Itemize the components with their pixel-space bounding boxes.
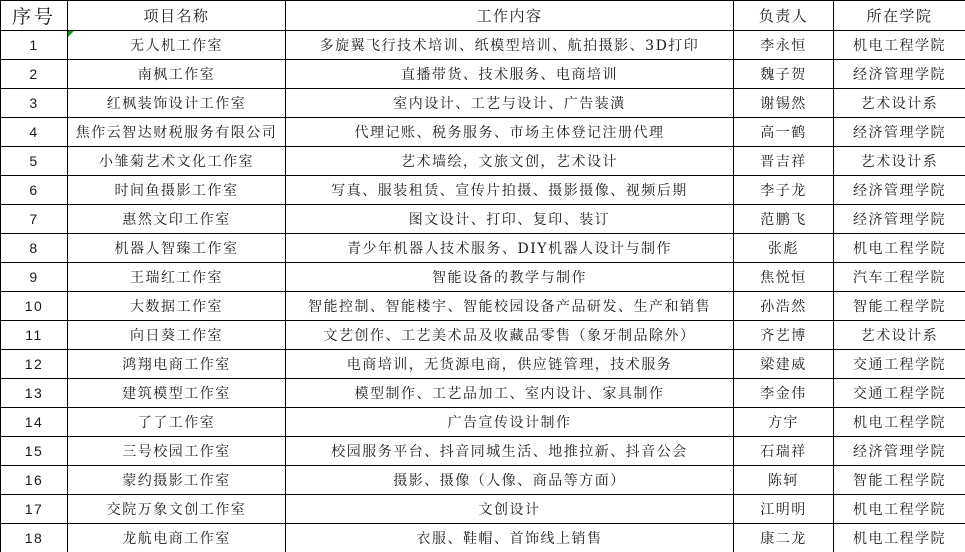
cell-work-content[interactable]: 文创设计 — [286, 495, 734, 524]
cell-person-in-charge[interactable]: 孙浩然 — [734, 292, 834, 321]
cell-project-name-text: 鸿翔电商工作室 — [122, 357, 231, 373]
cell-college-text: 经济管理学院 — [853, 212, 946, 228]
studio-table: 序号 项目名称 工作内容 负责人 所在学院 1无人机工作室多旋翼飞行技术培训、纸… — [0, 0, 965, 552]
cell-person-in-charge[interactable]: 李子龙 — [734, 176, 834, 205]
cell-project-name[interactable]: 焦作云智达财税服务有限公司 — [68, 118, 286, 147]
cell-person-in-charge-text: 梁建威 — [760, 357, 807, 373]
cell-college-text: 智能工程学院 — [853, 299, 946, 315]
table-row: 11向日葵工作室文艺创作、工艺美术品及收藏品零售（象牙制品除外）齐艺博艺术设计系 — [1, 321, 965, 350]
cell-college-text: 艺术设计系 — [861, 96, 939, 112]
cell-project-name-text: 王瑞红工作室 — [130, 270, 223, 286]
cell-college-text: 经济管理学院 — [853, 67, 946, 83]
cell-work-content-text: 电商培训，无货源电商，供应链管理，技术服务 — [347, 357, 673, 373]
cell-college[interactable]: 智能工程学院 — [834, 292, 965, 321]
cell-college[interactable]: 机电工程学院 — [834, 408, 965, 437]
header-person-in-charge[interactable]: 负责人 — [734, 1, 834, 31]
cell-project-name-text: 惠然文印工作室 — [122, 212, 231, 228]
table-row: 16蒙约摄影工作室摄影、摄像（人像、商品等方面）陈轲智能工程学院 — [1, 466, 965, 495]
cell-person-in-charge-text: 李子龙 — [760, 183, 807, 199]
cell-person-in-charge-text: 齐艺博 — [760, 328, 807, 344]
cell-work-content-text: 模型制作、工艺品加工、室内设计、家具制作 — [355, 386, 665, 402]
cell-work-content-text: 校园服务平台、抖音同城生活、地推拉新、抖音公会 — [331, 444, 688, 460]
cell-work-content-text: 摄影、摄像（人像、商品等方面） — [393, 473, 626, 489]
cell-person-in-charge[interactable]: 方宇 — [734, 408, 834, 437]
cell-seq[interactable]: 18 — [1, 524, 68, 552]
cell-project-name[interactable]: 机器人智臻工作室 — [68, 234, 286, 263]
cell-seq-text: 13 — [25, 385, 44, 401]
cell-work-content[interactable]: 多旋翼飞行技术培训、纸模型培训、航拍摄影、3D打印 — [286, 31, 734, 60]
table-row: 18龙航电商工作室衣服、鞋帽、首饰线上销售康二龙机电工程学院 — [1, 524, 965, 552]
cell-person-in-charge[interactable]: 石瑞祥 — [734, 437, 834, 466]
cell-work-content-text: 衣服、鞋帽、首饰线上销售 — [417, 531, 603, 547]
cell-work-content-text: 直播带货、技术服务、电商培训 — [401, 67, 618, 83]
cell-college[interactable]: 经济管理学院 — [834, 176, 965, 205]
cell-college[interactable]: 经济管理学院 — [834, 118, 965, 147]
cell-project-name-text: 蒙约摄影工作室 — [122, 473, 231, 489]
cell-college[interactable]: 经济管理学院 — [834, 60, 965, 89]
cell-person-in-charge-text: 李永恒 — [760, 38, 807, 54]
cell-person-in-charge-text: 高一鹤 — [760, 125, 807, 141]
table-row: 15三号校园工作室校园服务平台、抖音同城生活、地推拉新、抖音公会石瑞祥经济管理学… — [1, 437, 965, 466]
cell-seq-text: 10 — [25, 298, 44, 314]
cell-seq-text: 18 — [25, 530, 44, 546]
cell-college-text: 经济管理学院 — [853, 444, 946, 460]
cell-college[interactable]: 艺术设计系 — [834, 147, 965, 176]
cell-work-content[interactable]: 智能设备的教学与制作 — [286, 263, 734, 292]
cell-college-text: 艺术设计系 — [861, 154, 939, 170]
cell-work-content-text: 写真、服装租赁、宣传片拍摄、摄影摄像、视频后期 — [331, 183, 688, 199]
header-college[interactable]: 所在学院 — [834, 1, 965, 31]
cell-seq[interactable]: 8 — [1, 234, 68, 263]
cell-seq[interactable]: 3 — [1, 89, 68, 118]
cell-college-text: 机电工程学院 — [853, 531, 946, 547]
cell-work-content-text: 多旋翼飞行技术培训、纸模型培训、航拍摄影、3D打印 — [320, 38, 700, 54]
cell-work-content[interactable]: 模型制作、工艺品加工、室内设计、家具制作 — [286, 379, 734, 408]
cell-seq-text: 5 — [29, 153, 38, 169]
cell-work-content[interactable]: 青少年机器人技术服务、DIY机器人设计与制作 — [286, 234, 734, 263]
cell-project-name[interactable]: 王瑞红工作室 — [68, 263, 286, 292]
cell-seq[interactable]: 11 — [1, 321, 68, 350]
cell-seq[interactable]: 12 — [1, 350, 68, 379]
cell-seq-text: 14 — [25, 414, 44, 430]
cell-seq[interactable]: 14 — [1, 408, 68, 437]
cell-seq[interactable]: 15 — [1, 437, 68, 466]
cell-project-name[interactable]: 鸿翔电商工作室 — [68, 350, 286, 379]
cell-college-text: 汽车工程学院 — [853, 270, 946, 286]
cell-project-name[interactable]: 了了工作室 — [68, 408, 286, 437]
cell-work-content-text: 艺术墙绘，文旅文创，艺术设计 — [401, 154, 618, 170]
cell-project-name[interactable]: 向日葵工作室 — [68, 321, 286, 350]
cell-college[interactable]: 经济管理学院 — [834, 205, 965, 234]
cell-college[interactable]: 智能工程学院 — [834, 466, 965, 495]
cell-project-name-text: 无人机工作室 — [130, 38, 223, 54]
cell-person-in-charge[interactable]: 范鹏飞 — [734, 205, 834, 234]
header-project-name[interactable]: 项目名称 — [68, 1, 286, 31]
cell-work-content[interactable]: 直播带货、技术服务、电商培训 — [286, 60, 734, 89]
cell-seq[interactable]: 2 — [1, 60, 68, 89]
cell-work-content[interactable]: 电商培训，无货源电商，供应链管理，技术服务 — [286, 350, 734, 379]
cell-seq[interactable]: 5 — [1, 147, 68, 176]
table-body: 1无人机工作室多旋翼飞行技术培训、纸模型培训、航拍摄影、3D打印李永恒机电工程学… — [1, 31, 965, 552]
cell-project-name-text: 大数据工作室 — [130, 299, 223, 315]
table-row: 17交院万象文创工作室文创设计江明明机电工程学院 — [1, 495, 965, 524]
cell-work-content-text: 青少年机器人技术服务、DIY机器人设计与制作 — [347, 241, 672, 257]
cell-person-in-charge[interactable]: 康二龙 — [734, 524, 834, 552]
cell-work-content-text: 室内设计、工艺与设计、广告装潢 — [393, 96, 626, 112]
cell-seq[interactable]: 9 — [1, 263, 68, 292]
cell-seq[interactable]: 6 — [1, 176, 68, 205]
cell-college[interactable]: 汽车工程学院 — [834, 263, 965, 292]
cell-work-content-text: 智能设备的教学与制作 — [432, 270, 587, 286]
cell-seq-text: 15 — [25, 443, 44, 459]
cell-work-content-text: 代理记账、税务服务、市场主体登记注册代理 — [355, 125, 665, 141]
cell-seq[interactable]: 16 — [1, 466, 68, 495]
cell-seq-text: 3 — [29, 95, 38, 111]
cell-project-name[interactable]: 无人机工作室 — [68, 31, 286, 60]
cell-project-name-text: 机器人智臻工作室 — [115, 241, 239, 257]
cell-college[interactable]: 交通工程学院 — [834, 350, 965, 379]
cell-seq[interactable]: 7 — [1, 205, 68, 234]
cell-work-content-text: 智能控制、智能楼宇、智能校园设备产品研发、生产和销售 — [308, 299, 711, 315]
cell-college[interactable]: 机电工程学院 — [834, 524, 965, 552]
cell-seq[interactable]: 4 — [1, 118, 68, 147]
cell-work-content[interactable]: 广告宣传设计制作 — [286, 408, 734, 437]
cell-seq-text: 12 — [25, 356, 44, 372]
cell-project-name-text: 向日葵工作室 — [130, 328, 223, 344]
cell-work-content[interactable]: 摄影、摄像（人像、商品等方面） — [286, 466, 734, 495]
cell-work-content[interactable]: 文艺创作、工艺美术品及收藏品零售（象牙制品除外） — [286, 321, 734, 350]
cell-work-content-text: 文创设计 — [479, 502, 541, 518]
table-row: 9王瑞红工作室智能设备的教学与制作焦悦恒汽车工程学院 — [1, 263, 965, 292]
cell-project-name[interactable]: 时间鱼摄影工作室 — [68, 176, 286, 205]
cell-seq-text: 17 — [25, 501, 44, 517]
cell-seq[interactable]: 13 — [1, 379, 68, 408]
cell-work-content[interactable]: 写真、服装租赁、宣传片拍摄、摄影摄像、视频后期 — [286, 176, 734, 205]
table-row: 12鸿翔电商工作室电商培训，无货源电商，供应链管理，技术服务梁建威交通工程学院 — [1, 350, 965, 379]
table-row: 3红枫装饰设计工作室室内设计、工艺与设计、广告装潢谢锡然艺术设计系 — [1, 89, 965, 118]
cell-person-in-charge[interactable]: 焦悦恒 — [734, 263, 834, 292]
table-row: 2南枫工作室直播带货、技术服务、电商培训魏子贺经济管理学院 — [1, 60, 965, 89]
cell-college[interactable]: 艺术设计系 — [834, 321, 965, 350]
header-row: 序号 项目名称 工作内容 负责人 所在学院 — [1, 1, 965, 31]
cell-person-in-charge-text: 石瑞祥 — [760, 444, 807, 460]
cell-project-name-text: 焦作云智达财税服务有限公司 — [76, 125, 278, 141]
table-row: 13建筑模型工作室模型制作、工艺品加工、室内设计、家具制作李金伟交通工程学院 — [1, 379, 965, 408]
cell-work-content-text: 文艺创作、工艺美术品及收藏品零售（象牙制品除外） — [324, 328, 696, 344]
table-row: 1无人机工作室多旋翼飞行技术培训、纸模型培训、航拍摄影、3D打印李永恒机电工程学… — [1, 31, 965, 60]
cell-college[interactable]: 机电工程学院 — [834, 31, 965, 60]
cell-project-name[interactable]: 建筑模型工作室 — [68, 379, 286, 408]
cell-project-name[interactable]: 小雏菊艺术文化工作室 — [68, 147, 286, 176]
cell-work-content[interactable]: 图文设计、打印、复印、装订 — [286, 205, 734, 234]
cell-person-in-charge[interactable]: 晋吉祥 — [734, 147, 834, 176]
cell-seq-text: 4 — [29, 124, 38, 140]
cell-person-in-charge-text: 康二龙 — [760, 531, 807, 547]
cell-college-text: 机电工程学院 — [853, 38, 946, 54]
cell-project-name[interactable]: 交院万象文创工作室 — [68, 495, 286, 524]
cell-project-name[interactable]: 大数据工作室 — [68, 292, 286, 321]
cell-person-in-charge[interactable]: 张彪 — [734, 234, 834, 263]
table-row: 14了了工作室广告宣传设计制作方宇机电工程学院 — [1, 408, 965, 437]
cell-project-name-text: 交院万象文创工作室 — [107, 502, 247, 518]
cell-college[interactable]: 交通工程学院 — [834, 379, 965, 408]
cell-college-text: 机电工程学院 — [853, 415, 946, 431]
cell-seq-text: 7 — [29, 211, 38, 227]
table-row: 5小雏菊艺术文化工作室艺术墙绘，文旅文创，艺术设计晋吉祥艺术设计系 — [1, 147, 965, 176]
cell-seq-text: 1 — [29, 37, 38, 53]
cell-person-in-charge[interactable]: 齐艺博 — [734, 321, 834, 350]
cell-work-content-text: 广告宣传设计制作 — [448, 415, 572, 431]
cell-person-in-charge[interactable]: 魏子贺 — [734, 60, 834, 89]
cell-person-in-charge[interactable]: 梁建威 — [734, 350, 834, 379]
cell-project-name[interactable]: 惠然文印工作室 — [68, 205, 286, 234]
cell-college-text: 经济管理学院 — [853, 183, 946, 199]
cell-project-name[interactable]: 三号校园工作室 — [68, 437, 286, 466]
cell-project-name-text: 南枫工作室 — [138, 67, 216, 83]
cell-college-text: 交通工程学院 — [853, 386, 946, 402]
cell-seq[interactable]: 10 — [1, 292, 68, 321]
cell-college-text: 艺术设计系 — [861, 328, 939, 344]
cell-seq-text: 2 — [29, 66, 38, 82]
cell-work-content[interactable]: 校园服务平台、抖音同城生活、地推拉新、抖音公会 — [286, 437, 734, 466]
cell-person-in-charge[interactable]: 高一鹤 — [734, 118, 834, 147]
cell-college[interactable]: 艺术设计系 — [834, 89, 965, 118]
cell-person-in-charge[interactable]: 李金伟 — [734, 379, 834, 408]
cell-person-in-charge[interactable]: 江明明 — [734, 495, 834, 524]
cell-project-name-text: 红枫装饰设计工作室 — [107, 96, 247, 112]
cell-college-text: 机电工程学院 — [853, 241, 946, 257]
cell-project-name-text: 时间鱼摄影工作室 — [115, 183, 239, 199]
header-seq[interactable]: 序号 — [1, 1, 68, 31]
cell-person-in-charge[interactable]: 陈轲 — [734, 466, 834, 495]
comment-indicator-icon[interactable] — [68, 31, 74, 37]
cell-work-content-text: 图文设计、打印、复印、装订 — [409, 212, 611, 228]
cell-person-in-charge-text: 李金伟 — [760, 386, 807, 402]
cell-person-in-charge-text: 张彪 — [768, 241, 799, 257]
table-row: 8机器人智臻工作室青少年机器人技术服务、DIY机器人设计与制作张彪机电工程学院 — [1, 234, 965, 263]
cell-work-content[interactable]: 室内设计、工艺与设计、广告装潢 — [286, 89, 734, 118]
table-row: 10大数据工作室智能控制、智能楼宇、智能校园设备产品研发、生产和销售孙浩然智能工… — [1, 292, 965, 321]
cell-college[interactable]: 机电工程学院 — [834, 234, 965, 263]
cell-seq-text: 8 — [29, 240, 38, 256]
cell-college-text: 机电工程学院 — [853, 502, 946, 518]
table-row: 6时间鱼摄影工作室写真、服装租赁、宣传片拍摄、摄影摄像、视频后期李子龙经济管理学… — [1, 176, 965, 205]
cell-person-in-charge-text: 范鹏飞 — [760, 212, 807, 228]
cell-person-in-charge-text: 孙浩然 — [760, 299, 807, 315]
table-row: 7惠然文印工作室图文设计、打印、复印、装订范鹏飞经济管理学院 — [1, 205, 965, 234]
cell-person-in-charge-text: 方宇 — [768, 415, 799, 431]
cell-person-in-charge-text: 魏子贺 — [760, 67, 807, 83]
cell-project-name-text: 三号校园工作室 — [122, 444, 231, 460]
cell-person-in-charge-text: 晋吉祥 — [760, 154, 807, 170]
cell-work-content[interactable]: 智能控制、智能楼宇、智能校园设备产品研发、生产和销售 — [286, 292, 734, 321]
cell-seq-text: 16 — [25, 472, 44, 488]
cell-person-in-charge-text: 焦悦恒 — [760, 270, 807, 286]
cell-seq-text: 11 — [25, 327, 43, 343]
cell-seq[interactable]: 1 — [1, 31, 68, 60]
cell-project-name[interactable]: 红枫装饰设计工作室 — [68, 89, 286, 118]
cell-project-name-text: 了了工作室 — [138, 415, 216, 431]
cell-project-name[interactable]: 蒙约摄影工作室 — [68, 466, 286, 495]
cell-work-content[interactable]: 代理记账、税务服务、市场主体登记注册代理 — [286, 118, 734, 147]
cell-project-name-text: 建筑模型工作室 — [122, 386, 231, 402]
cell-person-in-charge[interactable]: 李永恒 — [734, 31, 834, 60]
cell-college[interactable]: 机电工程学院 — [834, 495, 965, 524]
cell-college-text: 交通工程学院 — [853, 357, 946, 373]
cell-project-name[interactable]: 龙航电商工作室 — [68, 524, 286, 552]
cell-seq-text: 6 — [29, 182, 38, 198]
cell-seq-text: 9 — [29, 269, 38, 285]
cell-college-text: 智能工程学院 — [853, 473, 946, 489]
cell-project-name-text: 龙航电商工作室 — [122, 531, 231, 547]
header-work-content[interactable]: 工作内容 — [286, 1, 734, 31]
cell-person-in-charge-text: 谢锡然 — [760, 96, 807, 112]
cell-college[interactable]: 经济管理学院 — [834, 437, 965, 466]
cell-work-content[interactable]: 衣服、鞋帽、首饰线上销售 — [286, 524, 734, 552]
cell-person-in-charge-text: 陈轲 — [768, 473, 799, 489]
cell-work-content[interactable]: 艺术墙绘，文旅文创，艺术设计 — [286, 147, 734, 176]
table-row: 4焦作云智达财税服务有限公司代理记账、税务服务、市场主体登记注册代理高一鹤经济管… — [1, 118, 965, 147]
cell-project-name[interactable]: 南枫工作室 — [68, 60, 286, 89]
cell-project-name-text: 小雏菊艺术文化工作室 — [99, 154, 254, 170]
cell-seq[interactable]: 17 — [1, 495, 68, 524]
cell-person-in-charge[interactable]: 谢锡然 — [734, 89, 834, 118]
cell-college-text: 经济管理学院 — [853, 125, 946, 141]
cell-person-in-charge-text: 江明明 — [760, 502, 807, 518]
